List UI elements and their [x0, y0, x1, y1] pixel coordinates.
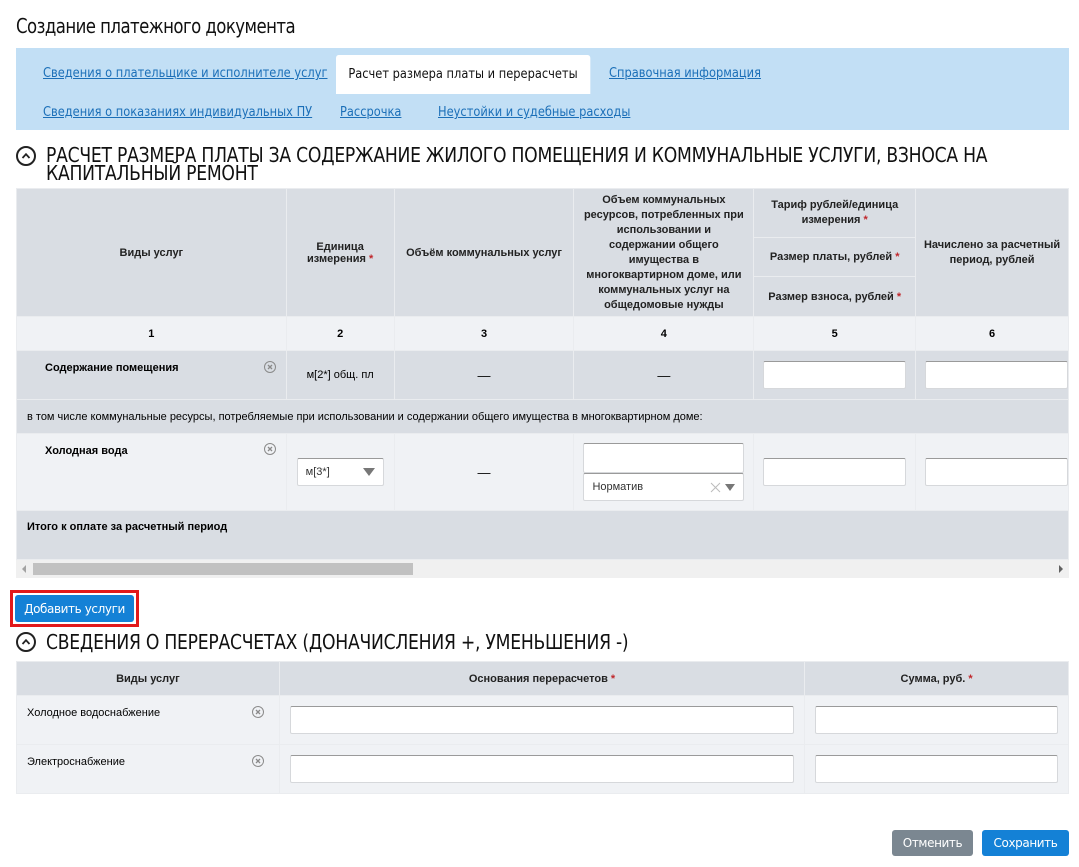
cancel-button[interactable]: Отменить [892, 830, 973, 856]
remove-icon[interactable] [252, 755, 264, 767]
clear-icon[interactable] [710, 482, 721, 493]
tariff-input[interactable] [763, 458, 906, 486]
table-row: Содержание помещения м[2*] общ. пл — — [17, 351, 1069, 400]
header-tariff: Тариф рублей/единица измерения * [754, 189, 916, 238]
tariff-input[interactable] [763, 361, 906, 389]
recalc-section-title: СВЕДЕНИЯ О ПЕРЕРАСЧЕТАХ (ДОНАЧИСЛЕНИЯ +,… [46, 632, 628, 652]
volume-value: — [394, 351, 574, 400]
method-select[interactable]: Норматив [583, 473, 744, 501]
remove-icon[interactable] [264, 361, 276, 373]
tabs-bar: Сведения о плательщике и исполнителе усл… [16, 48, 1069, 130]
header-service-types: Виды услуг [17, 189, 287, 317]
table-row: Холодная вода м[3*] — Норматив [17, 434, 1069, 511]
service-name: Электроснабжение [27, 756, 125, 768]
header-fee-size: Размер платы, рублей * [754, 238, 916, 277]
subheading-text: в том числе коммунальные ресурсы, потреб… [17, 400, 1069, 434]
add-services-button[interactable]: Добавить услуги [15, 595, 134, 622]
header-service-types: Виды услуг [17, 662, 280, 696]
service-name: Холодная вода [45, 445, 128, 457]
amount-input[interactable] [815, 755, 1058, 783]
scroll-right-arrow-icon[interactable] [1059, 565, 1063, 573]
chevron-down-icon [363, 468, 375, 476]
recalc-section-header: СВЕДЕНИЯ О ПЕРЕРАСЧЕТАХ (ДОНАЧИСЛЕНИЯ +,… [16, 632, 723, 652]
reason-input[interactable] [290, 706, 794, 734]
tab-reference-info[interactable]: Справочная информация [609, 66, 761, 81]
remove-icon[interactable] [264, 443, 276, 455]
calc-section-header: РАСЧЕТ РАЗМЕРА ПЛАТЫ ЗА СОДЕРЖАНИЕ ЖИЛОГ… [16, 146, 1079, 182]
tab-meter-readings[interactable]: Сведения о показаниях индивидуальных ПУ [43, 105, 312, 120]
reason-input[interactable] [290, 755, 794, 783]
service-name: Холодное водоснабжение [27, 707, 160, 719]
header-unit: Единица измерения * [286, 189, 394, 317]
collapse-up-icon[interactable] [16, 632, 36, 652]
accrued-input[interactable] [925, 458, 1068, 486]
unit-value: м[2*] общ. пл [286, 351, 394, 400]
total-row: Итого к оплате за расчетный период [17, 511, 1069, 560]
calc-section-title: РАСЧЕТ РАЗМЕРА ПЛАТЫ ЗА СОДЕРЖАНИЕ ЖИЛОГ… [46, 146, 987, 182]
header-common-volume: Объем коммунальных ресурсов, потребленны… [574, 189, 754, 317]
page-title: Создание платежного документа [16, 14, 295, 38]
accrued-input[interactable] [925, 361, 1068, 389]
header-amount: Сумма, руб. * [805, 662, 1069, 696]
table-row: Электроснабжение [17, 745, 1069, 794]
tab-payer-info[interactable]: Сведения о плательщике и исполнителе усл… [43, 66, 327, 81]
tab-penalties[interactable]: Неустойки и судебные расходы [438, 105, 630, 120]
collapse-up-icon[interactable] [16, 146, 36, 166]
chevron-down-icon [725, 484, 735, 491]
table-row: Холодное водоснабжение [17, 696, 1069, 745]
subheading-row: в том числе коммунальные ресурсы, потреб… [17, 400, 1069, 434]
remove-icon[interactable] [252, 706, 264, 718]
scroll-left-arrow-icon[interactable] [22, 565, 26, 573]
service-name: Содержание помещения [45, 362, 179, 374]
header-reasons: Основания перерасчетов * [279, 662, 804, 696]
tab-installment[interactable]: Рассрочка [340, 105, 401, 120]
volume-value: — [394, 434, 574, 511]
save-button[interactable]: Сохранить [982, 830, 1069, 856]
recalculation-table: Виды услуг Основания перерасчетов * Сумм… [16, 661, 1069, 794]
header-volume: Объём коммунальных услуг [394, 189, 574, 317]
total-label: Итого к оплате за расчетный период [17, 511, 1069, 560]
header-accrued: Начислено за расчетный период, рублей [916, 189, 1069, 317]
column-numbers-row: 1 2 3 4 5 6 [17, 317, 1069, 351]
scroll-thumb[interactable] [33, 563, 413, 575]
tab-calculation[interactable]: Расчет размера платы и перерасчеты [336, 55, 590, 94]
horizontal-scrollbar[interactable] [16, 560, 1069, 578]
calculation-table: Виды услуг Единица измерения * Объём ком… [16, 188, 1069, 560]
amount-input[interactable] [815, 706, 1058, 734]
common-volume-value: — [574, 351, 754, 400]
common-volume-input[interactable] [583, 443, 744, 473]
header-contribution-size: Размер взноса, рублей * [754, 277, 916, 317]
unit-select[interactable]: м[3*] [297, 458, 384, 486]
